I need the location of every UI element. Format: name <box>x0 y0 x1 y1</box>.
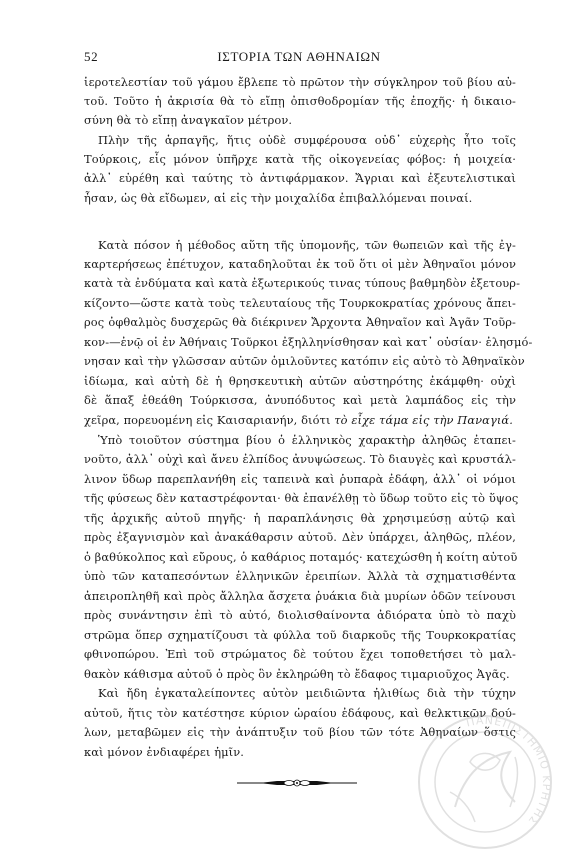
text-line: φθινοπώρου. Ἐπὶ τοῦ στρώματος δὲ τούτου … <box>84 645 516 664</box>
text-line: τῆς φύσεως δὲν καταστρέφονται· θὰ ἐπανέλ… <box>84 489 516 508</box>
text-line: νησαν καὶ τὴν γλῶσσαν αὐτῶν ὁμιλοῦντες κ… <box>84 352 516 371</box>
text-line: στρῶμα ὅπερ σχηματίζουσι τὰ φύλλα τοῦ δι… <box>84 626 516 645</box>
text-line: κον-—ἐνῷ οἱ ἐν Ἀθήναις Τοῦρκοι ἐξηλληνίσ… <box>84 333 516 352</box>
text-line: Κατὰ πόσον ἡ μέθοδος αὕτη τῆς ὑπομονῆς, … <box>98 236 516 255</box>
text-line: Καὶ ἤδη ἐγκαταλείποντες αὐτὸν μειδιῶντα … <box>98 684 516 703</box>
text-line: ρος ὀφθαλμὸς δυσχερῶς θὰ διέκρινεν Ἄρχον… <box>84 313 516 332</box>
text-line: σύνη θὰ τὸ εἴπῃ ἀναγκαῖον μέτρον. <box>84 111 516 130</box>
page-header: 52 ΙΣΤΟΡΙΑ ΤΩΝ ΑΘΗΝΑΙΩΝ <box>84 49 514 67</box>
text-line: νοῦτο, ἀλλ᾽ οὐχὶ καὶ ἄνευ ἐλπίδος ἀνυψώσ… <box>84 450 516 469</box>
university-seal-watermark-icon: ΠΑΝΕΠΙΣΤΗΜΙΟ ΚΡΗΤΗΣ <box>415 712 555 850</box>
text-line: Τούρκοις, εἷς μόνον ὑπῆρχε κατὰ τῆς οἰκο… <box>84 150 516 169</box>
text-line: πρὸς ἐξαγνισμὸν καὶ ἀνακάθαρσιν αὐτοῦ. Δ… <box>84 528 516 547</box>
text-line: ἀπειροπληθῆ καὶ πρὸς ἄλληλα ἄσχετα ῥυάκι… <box>84 587 516 606</box>
text-line: ὑπὸ τῶν καταπεσόντων ἑλληνικῶν ἐρειπίων.… <box>84 567 516 586</box>
scanned-book-page: 52 ΙΣΤΟΡΙΑ ΤΩΝ ΑΘΗΝΑΙΩΝ ἱεροτελεστίαν το… <box>0 0 587 850</box>
text-line: χεῖρα, πορευομένη εἰς Καισαριανήν, διότι… <box>84 411 516 430</box>
text-line: τῆς ἀρχικῆς αὐτοῦ πηγῆς· ἡ παραπλάνησις … <box>84 509 516 528</box>
text-line: ὁ βαθύκολπος καὶ εὔρους, ὁ καθάριος ποτα… <box>84 548 516 567</box>
ornament-rule-icon <box>237 779 357 787</box>
text-line: κατὰ τὰ ἐνδύματα καὶ κατὰ ἐξωτερικούς τι… <box>84 274 516 293</box>
text-italic-quote: τὸ εἶχε τάμα εἰς τὴν Παναγιά. <box>334 413 513 427</box>
text-line: θακὸν κάθισμα αὐτοῦ ὁ πρὸς ὃν ἐκληρώθη τ… <box>84 665 516 684</box>
text-line: ἦσαν, ὡς θὰ εἴδωμεν, αἱ εἰς τὴν μοιχαλίδ… <box>84 189 516 208</box>
text-plain: χεῖρα, πορευομένη εἰς Καισαριανήν, διότι <box>84 413 334 427</box>
text-line: ἱεροτελεστίαν τοῦ γάμου ἔβλεπε τὸ πρῶτον… <box>84 73 516 92</box>
text-line: δὲ ἅπαξ ἐθεάθη Τούρκισσα, ἀνυπόδυτος καὶ… <box>84 391 516 410</box>
svg-text:ΠΑΝΕΠΙΣΤΗΜΙΟ ΚΡΗΤΗΣ: ΠΑΝΕΠΙΣΤΗΜΙΟ ΚΡΗΤΗΣ <box>465 714 553 828</box>
text-line: Πλὴν τῆς ἁρπαγῆς, ἥτις οὐδὲ συμφέρουσα ο… <box>98 131 516 150</box>
text-line: Ὑπὸ τοιοῦτον σύστημα βίου ὁ ἑλληνικὸς χα… <box>98 431 516 450</box>
text-line: ἀλλ᾽ εὑρέθη καὶ ταύτης τὸ ἀντιφάρμακον. … <box>84 169 516 188</box>
running-title: ΙΣΤΟΡΙΑ ΤΩΝ ΑΘΗΝΑΙΩΝ <box>84 49 514 65</box>
text-line: τοῦ. Τοῦτο ἡ ἀκρισία θὰ τὸ εἴπῃ ὀπισθοδρ… <box>84 92 516 111</box>
text-line: ἰδίωμα, καὶ αὐτὴ δὲ ἡ θρησκευτικὴ αὐτῶν … <box>84 372 516 391</box>
text-line: πρὸς συνάντησιν ἐπὶ τὸ αὐτό, διολισθαίνο… <box>84 606 516 625</box>
text-line: λινον ὕδωρ παρεπλανήθη εἰς ταπεινὰ καὶ ῥ… <box>84 470 516 489</box>
text-line: κίζοντο—ὥστε κατὰ τοὺς τελευταίους τῆς Τ… <box>84 294 516 313</box>
text-line: καρτερήσεως ἐπέτυχον, καταδηλοῦται ἐκ το… <box>84 255 516 274</box>
